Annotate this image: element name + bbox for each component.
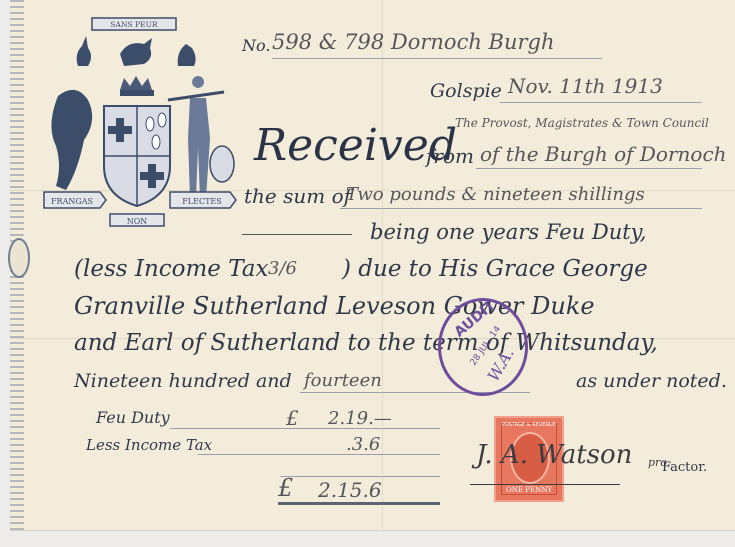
factor-label: Factor. <box>662 460 707 475</box>
border-ornament-icon <box>8 238 30 278</box>
date: Nov. 11th 1913 <box>508 74 663 98</box>
ledger-less-tax-amount: .3.6 <box>346 434 380 455</box>
double-rule <box>278 502 440 505</box>
crest-top-motto: SANS PEUR <box>110 20 157 29</box>
crest-motto-right: FLECTES <box>182 197 221 206</box>
total-amount: 2.15.6 <box>318 478 382 502</box>
due-text: ) due to His Grace George <box>342 256 648 282</box>
place: Golspie <box>430 80 502 102</box>
line-earl: and Earl of Sutherland to the term of Wh… <box>74 330 658 356</box>
postage-stamp-top: POSTAGE & REVENUE <box>496 422 562 428</box>
from-label: from <box>426 144 474 168</box>
sum-label: the sum of <box>244 184 351 208</box>
crest-motto-left: FRANGAS <box>51 197 93 206</box>
rule <box>476 168 702 169</box>
year-prefix: Nineteen hundred and <box>74 370 292 392</box>
audit-stamp: AUDIT 28 JUL. 14 W.A. <box>438 298 528 396</box>
rule <box>170 428 440 429</box>
ledger-feu-duty-amount: 2.19.— <box>328 408 392 429</box>
rule <box>242 234 352 235</box>
rule <box>198 454 440 455</box>
signature-underline <box>470 484 620 485</box>
being-text: being one years Feu Duty, <box>370 220 646 244</box>
postage-stamp-value: ONE PENNY <box>496 486 562 494</box>
ledger-feu-duty-currency: £ <box>286 406 299 430</box>
ledger-less-tax-label: Less Income Tax <box>86 436 212 454</box>
rule <box>500 102 702 103</box>
number-label: No. <box>242 36 270 55</box>
rule <box>272 58 602 59</box>
tax-prefix: (less Income Tax <box>74 256 268 282</box>
receipt-paper: SANS PEUR FRANGAS FLECTES NON No. 598 & … <box>10 0 735 531</box>
as-under-noted: as under noted. <box>576 370 727 392</box>
from-value: of the Burgh of Dornoch <box>480 142 727 166</box>
sum-value: Two pounds & nineteen shillings <box>346 184 645 205</box>
payer-note: The Provost, Magistrates & Town Council <box>455 116 709 130</box>
rule <box>340 208 702 209</box>
rule <box>280 476 440 477</box>
coat-of-arms-icon: SANS PEUR FRANGAS FLECTES NON <box>38 14 243 232</box>
receipt-number: 598 & 798 Dornoch Burgh <box>272 30 555 54</box>
year-value: fourteen <box>304 370 382 391</box>
crest-motto-center: NON <box>127 217 148 226</box>
signature: J. A. Watson <box>476 440 632 470</box>
tax-value: 3/6 <box>268 258 297 279</box>
total-currency: £ <box>278 474 293 502</box>
ledger-feu-duty-label: Feu Duty <box>96 408 170 427</box>
